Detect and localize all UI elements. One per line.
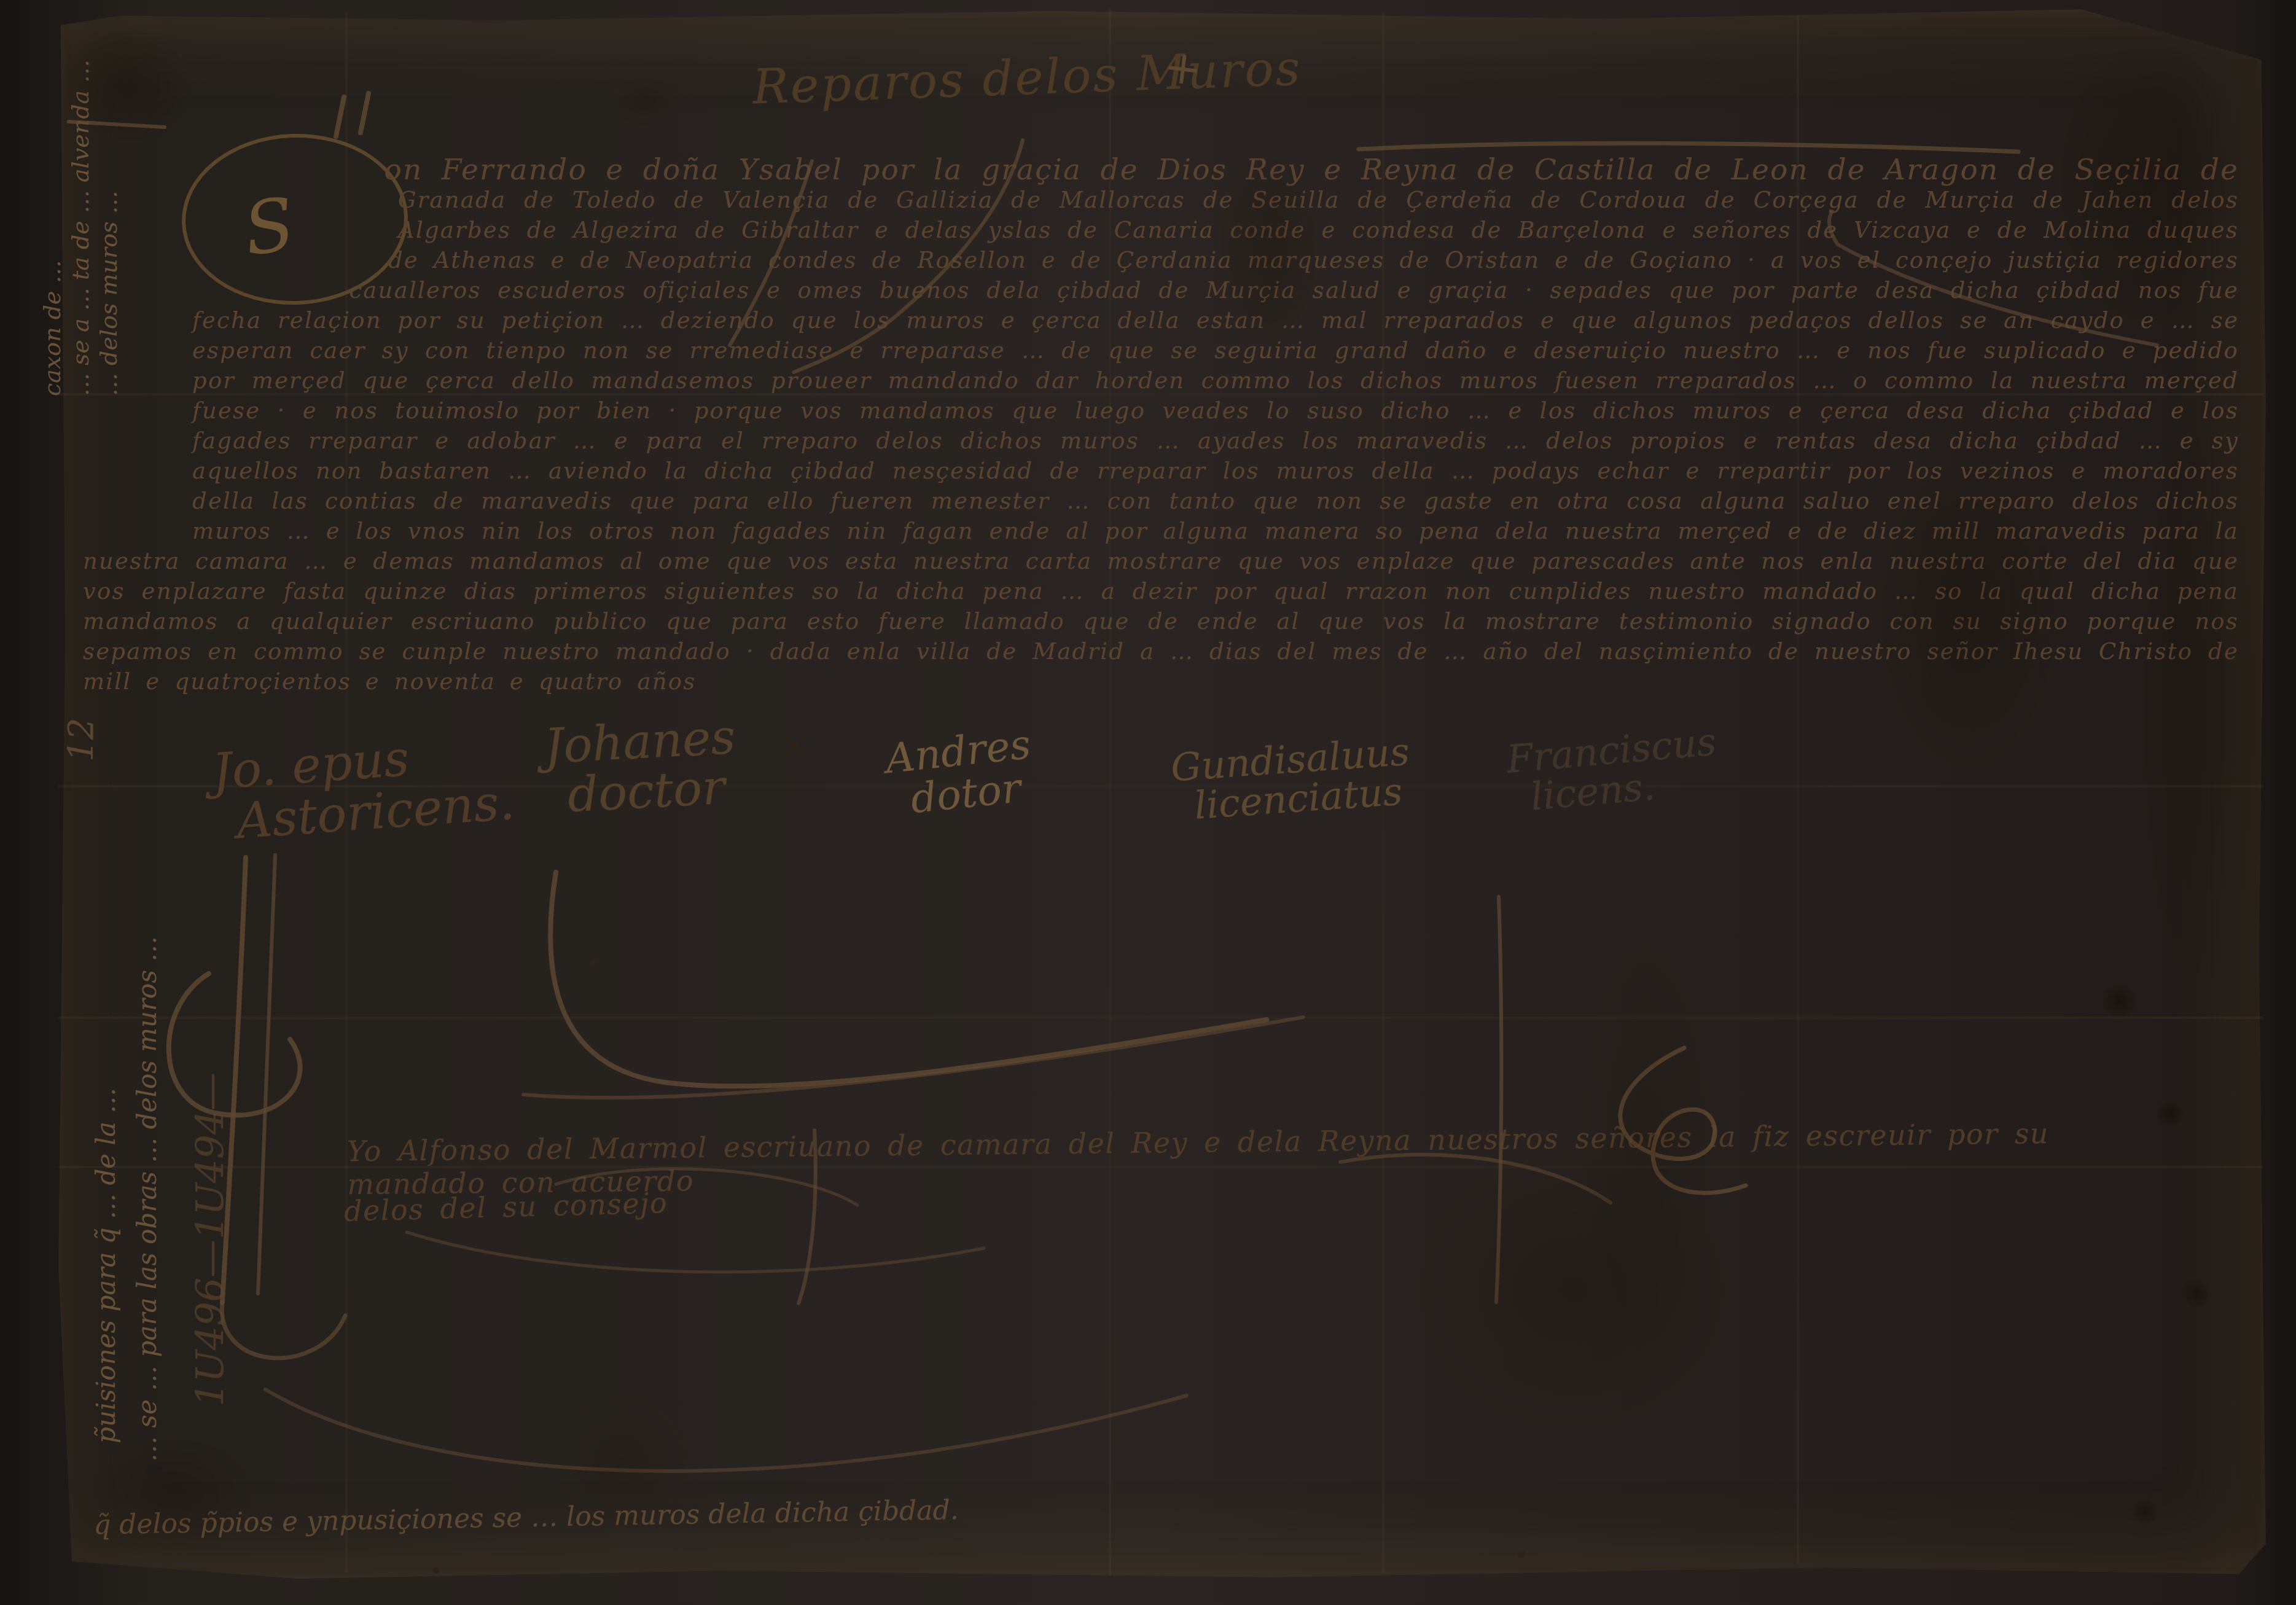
signature-andres-doctor: Andres dotor	[883, 724, 1037, 822]
signature-johanes-doctor: Johanes doctor	[543, 713, 739, 822]
body-text: on Ferrando e doña Ysabel por la graçia …	[83, 153, 2239, 695]
signature-line: doctor	[566, 762, 739, 821]
margin-note-mid-2: … se … para las obras … delos muros …	[132, 688, 163, 1462]
manuscript-scan: Reparos delos Muros + S on Ferrando e do…	[0, 0, 2296, 1605]
margin-number-12: 12	[61, 718, 101, 762]
margin-note-line: caxon de …	[39, 260, 66, 396]
body-paragraph: on Ferrando e doña Ysabel por la graçia …	[83, 155, 2239, 697]
signature-bishop-astorga: Jo. epus Astoricens.	[211, 725, 517, 848]
margin-note-mid-1: p̃uisiones para q̃ … de la …	[91, 706, 122, 1443]
margin-note-line: … se a … ta de … alvenda …	[67, 60, 94, 396]
margin-archive-numbers: 1U496—1U494—	[187, 1072, 232, 1407]
signature-gundisaluus-licenciatus: Gundisaluus licenciatus	[1169, 732, 1413, 828]
margin-note-line: … delos muros …	[95, 190, 122, 396]
cross-mark: +	[1161, 40, 1205, 97]
margin-note-top: caxon de … … se a … ta de … alvenda … … …	[38, 52, 123, 396]
